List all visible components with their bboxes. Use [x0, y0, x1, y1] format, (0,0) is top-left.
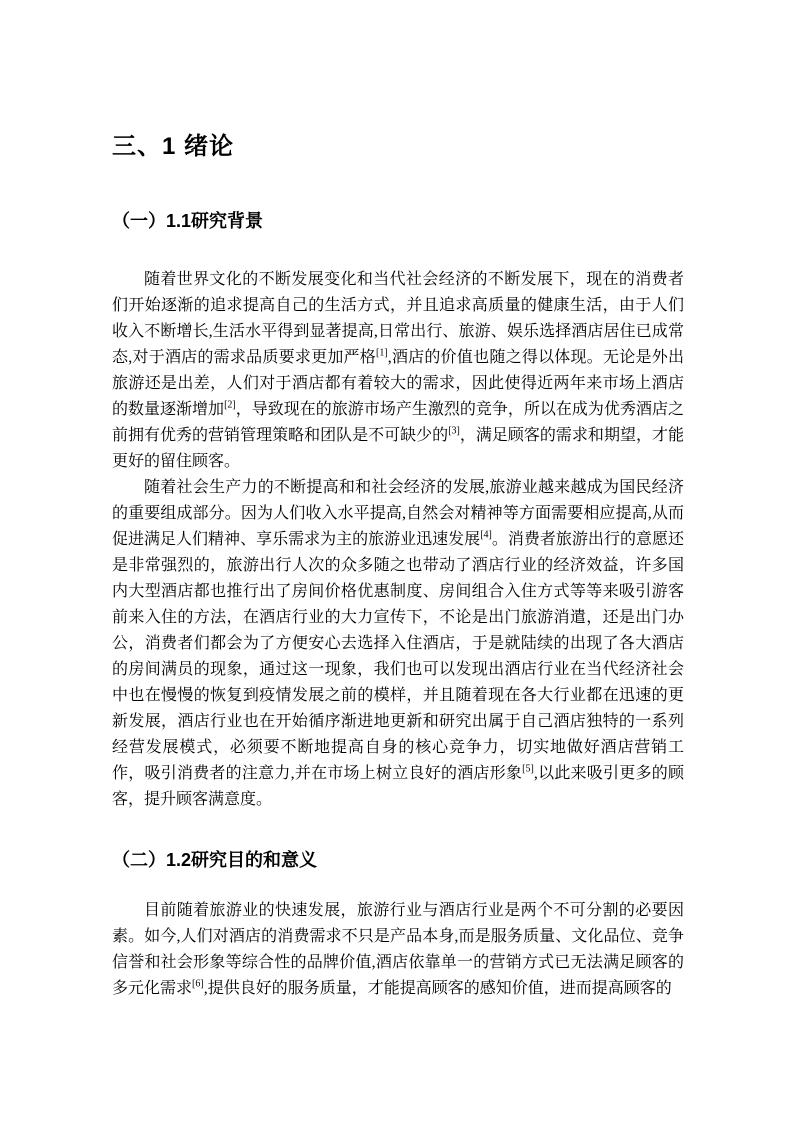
section-purpose-significance: （二）1.2研究目的和意义 目前随着旅游业的快速发展，旅游行业与酒店行业是两个不…: [112, 847, 684, 1002]
section-heading-1-2: （二）1.2研究目的和意义: [112, 847, 684, 873]
citation-ref: [1]: [376, 348, 388, 359]
paragraph: 随着社会生产力的不断提高和和社会经济的发展,旅游业越来越成为国民经济的重要组成部…: [112, 475, 684, 813]
citation-ref: [4]: [480, 530, 492, 541]
citation-ref: [3]: [448, 426, 460, 437]
section-research-background: （一）1.1研究背景 随着世界文化的不断发展变化和当代社会经济的不断发展下，现在…: [112, 208, 684, 813]
section-heading-1-1: （一）1.1研究背景: [112, 208, 684, 234]
paragraph: 随着世界文化的不断发展变化和当代社会经济的不断发展下，现在的消费者们开始逐渐的追…: [112, 267, 684, 475]
page-title: 三、1 绪论: [112, 131, 684, 163]
citation-ref: [6]: [192, 979, 204, 990]
paragraph: 目前随着旅游业的快速发展，旅游行业与酒店行业是两个不可分割的必要因素。如今,人们…: [112, 898, 684, 1002]
document-page: 三、1 绪论 （一）1.1研究背景 随着世界文化的不断发展变化和当代社会经济的不…: [0, 0, 793, 1122]
citation-ref: [2]: [224, 400, 236, 411]
citation-ref: [5]: [522, 764, 534, 775]
